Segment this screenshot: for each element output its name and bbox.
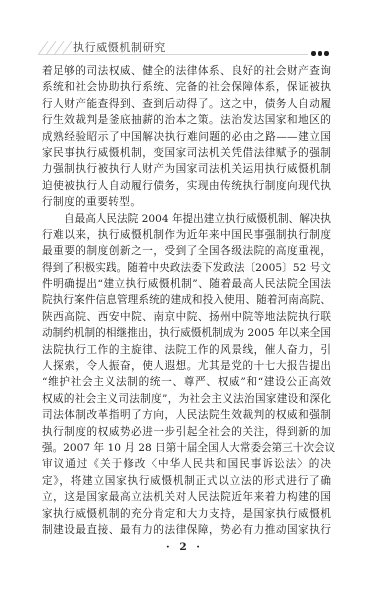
dot-icon	[311, 51, 316, 56]
page-header: 执行威慑机制研究	[0, 0, 369, 62]
text-line: 审议通过《关于修改〈中华人民共和国民事诉讼法〉的决	[42, 456, 331, 472]
dot-icon	[324, 51, 329, 56]
text-line: 家执行威慑机制的充分肯定和大力支持，是国家执行威慑机	[42, 506, 331, 522]
paragraph-end-line: 行制度的重要转型。	[42, 194, 331, 210]
text-line: 立，这是国家最高立法机关对人民法院近年来着力构建的国	[42, 489, 331, 505]
text-line: 执行制度的权威势必进一步引起全社会的关注，得到新的加	[42, 424, 331, 440]
text-line: 迫使被执行人自动履行债务，实现由传统执行制度向现代执	[42, 178, 331, 194]
text-line: 院执行案件信息管理系统的建成和投入使用、随着河南高院、	[42, 292, 331, 308]
page-number: · 2 ·	[0, 541, 369, 553]
text-line: 系统和社会协助执行系统、完备的社会保障体系，保证被执	[42, 79, 331, 95]
text-line: 成熟经验昭示了中国解决执行难问题的必由之路——建立国	[42, 129, 331, 145]
text-line: 行人财产能查得到、查到后动得了。这之中，债务人自动履	[42, 96, 331, 112]
text-line: 制建设最直接、最有力的法律保障，势必有力推动国家执行	[42, 522, 331, 538]
text-line: 动制约机制的相继推出，执行威慑机制成为 2005 年以来全国	[42, 325, 331, 341]
text-line: 定》，将建立国家执行威慑机制正式以立法的形式进行了确	[42, 473, 331, 489]
text-line: 家民事执行威慑机制，变国家司法机关凭借法律赋予的强制	[42, 145, 331, 161]
diagonal-hatch-decoration	[38, 41, 72, 55]
text-line: 法院执行工作的主旋律、法院工作的风景线，催人奋力，引	[42, 342, 331, 358]
paragraph-start-line: 自最高人民法院 2004 年提出建立执行威慑机制、解决执	[42, 211, 331, 227]
text-line: 最重要的制度创新之一，受到了全国各级法院的高度重视，	[42, 243, 331, 259]
body-text: 着足够的司法权威、健全的法律体系、良好的社会财产查询 系统和社会协助执行系统、完…	[42, 63, 331, 538]
text-line: 着足够的司法权威、健全的法律体系、良好的社会财产查询	[42, 63, 331, 79]
text-line: 件明确提出“建立执行威慑机制”、随着最高人民法院全国法	[42, 276, 331, 292]
three-dots-decoration	[311, 51, 329, 56]
text-line: 强。2007 年 10 月 28 日第十届全国人大常委会第三十次会议	[42, 440, 331, 456]
text-line: 司法体制改革指明了方向，人民法院生效裁判的权威和强制	[42, 407, 331, 423]
text-line: 得到了积极实践。随着中央政法委下发政法〔2005〕52 号文	[42, 260, 331, 276]
dot-icon	[318, 51, 323, 56]
text-line: 力强制执行被执行人财产为国家司法机关运用执行威慑机制	[42, 161, 331, 177]
text-line: 行生效裁判是釜底抽薪的治本之策。法治发达国家和地区的	[42, 112, 331, 128]
text-line: 行难以来，执行威慑机制作为近年来中国民事强制执行制度	[42, 227, 331, 243]
text-line: 陕西高院、西安中院、南京中院、扬州中院等地法院执行联	[42, 309, 331, 325]
running-title: 执行威慑机制研究	[73, 39, 166, 55]
header-rule	[38, 54, 308, 55]
text-line: “维护社会主义法制的统一、尊严、权威”和“建设公正高效	[42, 374, 331, 390]
text-line: 权威的社会主义司法制度”，为社会主义法治国家建设和深化	[42, 391, 331, 407]
text-line: 人探索，令人振奋，使人遐想。尤其是党的十七大报告提出	[42, 358, 331, 374]
